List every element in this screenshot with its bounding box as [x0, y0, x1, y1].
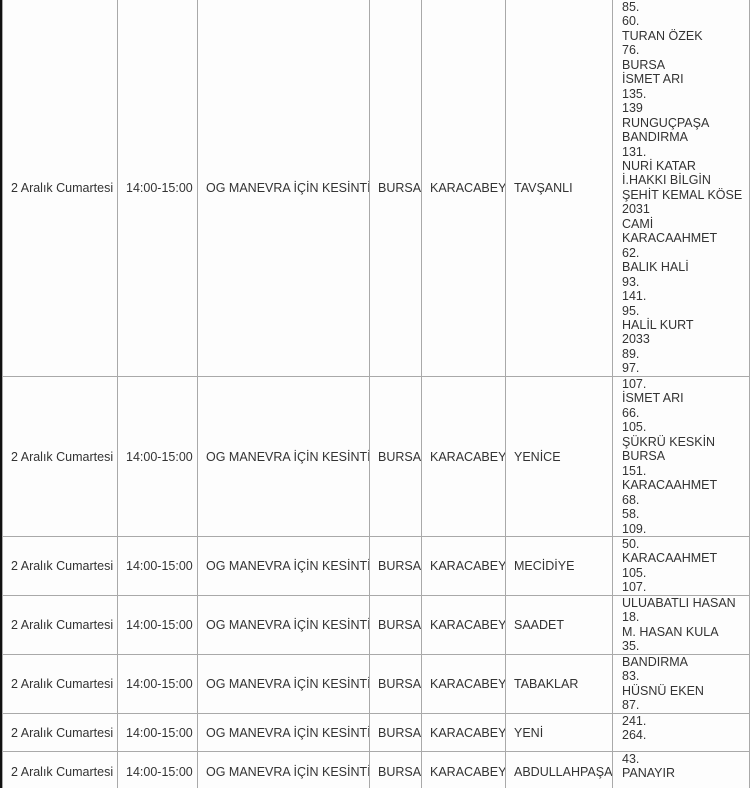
- district-text: KARACABEY: [430, 181, 506, 195]
- city-cell: BURSA: [370, 752, 422, 788]
- street-name: 93.: [622, 275, 749, 289]
- neighborhood-cell: TAVŞANLI: [506, 0, 613, 377]
- table-row: 2 Aralık Cumartesi 14:00-15:00 OG MANEVR…: [3, 0, 750, 377]
- street-name: 131.: [622, 145, 749, 159]
- reason-text: OG MANEVRA İÇİN KESİNTİ: [206, 559, 370, 573]
- district-cell: KARACABEY: [422, 596, 506, 655]
- city-text: BURSA: [378, 726, 421, 740]
- district-text: KARACABEY: [430, 618, 506, 632]
- district-text: KARACABEY: [430, 450, 506, 464]
- district-cell: KARACABEY: [422, 0, 506, 377]
- time-cell: 14:00-15:00: [118, 377, 198, 537]
- neighborhood-cell: ABDULLAHPAŞA: [506, 752, 613, 788]
- street-name: 43.: [622, 752, 749, 766]
- street-name: İSMET ARI: [622, 72, 749, 86]
- street-name: HALİL KURT: [622, 318, 749, 332]
- city-text: BURSA: [378, 677, 421, 691]
- date-text: 2 Aralık Cumartesi: [11, 559, 113, 573]
- street-name: 85.: [622, 0, 749, 14]
- time-text: 14:00-15:00: [126, 765, 193, 779]
- street-name: PANAYIR: [622, 766, 749, 780]
- reason-text: OG MANEVRA İÇİN KESİNTİ: [206, 181, 370, 195]
- neighborhood-cell: MECİDİYE: [506, 537, 613, 596]
- street-name: 50.: [622, 537, 749, 551]
- date-cell: 2 Aralık Cumartesi: [3, 655, 118, 714]
- city-text: BURSA: [378, 450, 421, 464]
- city-text: BURSA: [378, 181, 421, 195]
- outage-table-body: 2 Aralık Cumartesi 14:00-15:00 OG MANEVR…: [3, 0, 750, 788]
- date-cell: 2 Aralık Cumartesi: [3, 377, 118, 537]
- street-name: KARACAAHMET: [622, 231, 749, 245]
- street-name: BANDIRMA: [622, 655, 749, 669]
- street-name: 241.: [622, 714, 749, 728]
- table-row: 2 Aralık Cumartesi 14:00-15:00 OG MANEVR…: [3, 752, 750, 788]
- outage-schedule-table: 2 Aralık Cumartesi 14:00-15:00 OG MANEVR…: [2, 0, 750, 788]
- city-cell: BURSA: [370, 377, 422, 537]
- reason-text: OG MANEVRA İÇİN KESİNTİ: [206, 618, 370, 632]
- table-row: 2 Aralık Cumartesi 14:00-15:00 OG MANEVR…: [3, 537, 750, 596]
- city-cell: BURSA: [370, 0, 422, 377]
- street-name: 87.: [622, 698, 749, 712]
- street-name: 95.: [622, 304, 749, 318]
- street-name: 141.: [622, 289, 749, 303]
- time-text: 14:00-15:00: [126, 559, 193, 573]
- time-cell: 14:00-15:00: [118, 655, 198, 714]
- time-text: 14:00-15:00: [126, 726, 193, 740]
- street-name: 264.: [622, 728, 749, 742]
- street-name: 135.: [622, 87, 749, 101]
- date-text: 2 Aralık Cumartesi: [11, 765, 113, 779]
- time-cell: 14:00-15:00: [118, 0, 198, 377]
- street-name: 35.: [622, 639, 749, 653]
- street-name: TURAN ÖZEK: [622, 29, 749, 43]
- street-name: 105.: [622, 420, 749, 434]
- neighborhood-text: YENİ: [514, 726, 543, 740]
- district-cell: KARACABEY: [422, 537, 506, 596]
- table-row: 2 Aralık Cumartesi 14:00-15:00 OG MANEVR…: [3, 655, 750, 714]
- streets-cell: 50.KARACAAHMET105.107.: [613, 537, 750, 596]
- street-name: 62.: [622, 246, 749, 260]
- reason-cell: OG MANEVRA İÇİN KESİNTİ: [198, 714, 370, 752]
- streets-cell: 43.PANAYIR: [613, 752, 750, 788]
- street-name: 76.: [622, 43, 749, 57]
- city-cell: BURSA: [370, 596, 422, 655]
- street-name: 139: [622, 101, 749, 115]
- date-cell: 2 Aralık Cumartesi: [3, 0, 118, 377]
- street-name: 89.: [622, 347, 749, 361]
- table-row: 2 Aralık Cumartesi 14:00-15:00 OG MANEVR…: [3, 714, 750, 752]
- district-text: KARACABEY: [430, 726, 506, 740]
- district-cell: KARACABEY: [422, 377, 506, 537]
- street-name: HÜSNÜ EKEN: [622, 684, 749, 698]
- street-name: 66.: [622, 406, 749, 420]
- time-cell: 14:00-15:00: [118, 714, 198, 752]
- street-name: 151.: [622, 464, 749, 478]
- street-name: BANDIRMA: [622, 130, 749, 144]
- date-text: 2 Aralık Cumartesi: [11, 450, 113, 464]
- district-cell: KARACABEY: [422, 714, 506, 752]
- neighborhood-cell: TABAKLAR: [506, 655, 613, 714]
- neighborhood-text: ABDULLAHPAŞA: [514, 765, 612, 779]
- street-name: BURSA: [622, 58, 749, 72]
- city-cell: BURSA: [370, 714, 422, 752]
- table-row: 2 Aralık Cumartesi 14:00-15:00 OG MANEVR…: [3, 377, 750, 537]
- neighborhood-text: TABAKLAR: [514, 677, 578, 691]
- street-name: 68.: [622, 493, 749, 507]
- date-cell: 2 Aralık Cumartesi: [3, 714, 118, 752]
- date-cell: 2 Aralık Cumartesi: [3, 537, 118, 596]
- street-name: 109.: [622, 522, 749, 536]
- neighborhood-text: SAADET: [514, 618, 564, 632]
- neighborhood-cell: YENİCE: [506, 377, 613, 537]
- street-name: 58.: [622, 507, 749, 521]
- streets-cell: 241.264.: [613, 714, 750, 752]
- date-text: 2 Aralık Cumartesi: [11, 181, 113, 195]
- street-name: 107.: [622, 580, 749, 594]
- neighborhood-text: TAVŞANLI: [514, 181, 573, 195]
- reason-cell: OG MANEVRA İÇİN KESİNTİ: [198, 377, 370, 537]
- district-text: KARACABEY: [430, 559, 506, 573]
- date-cell: 2 Aralık Cumartesi: [3, 752, 118, 788]
- street-name: NURİ KATAR: [622, 159, 749, 173]
- reason-text: OG MANEVRA İÇİN KESİNTİ: [206, 726, 370, 740]
- reason-cell: OG MANEVRA İÇİN KESİNTİ: [198, 0, 370, 377]
- time-cell: 14:00-15:00: [118, 596, 198, 655]
- time-text: 14:00-15:00: [126, 677, 193, 691]
- reason-cell: OG MANEVRA İÇİN KESİNTİ: [198, 537, 370, 596]
- date-cell: 2 Aralık Cumartesi: [3, 596, 118, 655]
- street-name: 105.: [622, 566, 749, 580]
- street-name: 2033: [622, 332, 749, 346]
- district-text: KARACABEY: [430, 765, 506, 779]
- time-text: 14:00-15:00: [126, 618, 193, 632]
- time-text: 14:00-15:00: [126, 181, 193, 195]
- street-name: İ.HAKKI BİLGİN: [622, 173, 749, 187]
- street-name: ULUABATLI HASAN: [622, 596, 749, 610]
- city-cell: BURSA: [370, 537, 422, 596]
- street-name: 60.: [622, 14, 749, 28]
- street-name: 2031: [622, 202, 749, 216]
- city-text: BURSA: [378, 618, 421, 632]
- date-text: 2 Aralık Cumartesi: [11, 618, 113, 632]
- street-name: RUNGUÇPAŞA: [622, 116, 749, 130]
- reason-cell: OG MANEVRA İÇİN KESİNTİ: [198, 655, 370, 714]
- street-name: BURSA: [622, 449, 749, 463]
- street-name: 83.: [622, 669, 749, 683]
- time-cell: 14:00-15:00: [118, 537, 198, 596]
- time-text: 14:00-15:00: [126, 450, 193, 464]
- streets-cell: ULUABATLI HASAN18.M. HASAN KULA35.: [613, 596, 750, 655]
- outage-table-frame: 2 Aralık Cumartesi 14:00-15:00 OG MANEVR…: [0, 0, 750, 788]
- district-cell: KARACABEY: [422, 655, 506, 714]
- street-name: 97.: [622, 361, 749, 375]
- street-name: İSMET ARI: [622, 391, 749, 405]
- streets-cell: 107.İSMET ARI66.105.ŞÜKRÜ KESKİNBURSA151…: [613, 377, 750, 537]
- date-text: 2 Aralık Cumartesi: [11, 677, 113, 691]
- reason-text: OG MANEVRA İÇİN KESİNTİ: [206, 450, 370, 464]
- street-name: KARACAAHMET: [622, 478, 749, 492]
- district-cell: KARACABEY: [422, 752, 506, 788]
- neighborhood-text: YENİCE: [514, 450, 561, 464]
- time-cell: 14:00-15:00: [118, 752, 198, 788]
- table-row: 2 Aralık Cumartesi 14:00-15:00 OG MANEVR…: [3, 596, 750, 655]
- city-text: BURSA: [378, 559, 421, 573]
- streets-cell: BANDIRMA83.HÜSNÜ EKEN87.: [613, 655, 750, 714]
- city-cell: BURSA: [370, 655, 422, 714]
- street-name: CAMİ: [622, 217, 749, 231]
- district-text: KARACABEY: [430, 677, 506, 691]
- neighborhood-text: MECİDİYE: [514, 559, 574, 573]
- city-text: BURSA: [378, 765, 421, 779]
- reason-cell: OG MANEVRA İÇİN KESİNTİ: [198, 752, 370, 788]
- street-name: BALIK HALİ: [622, 260, 749, 274]
- neighborhood-cell: SAADET: [506, 596, 613, 655]
- reason-text: OG MANEVRA İÇİN KESİNTİ: [206, 677, 370, 691]
- street-name: ŞEHİT KEMAL KÖSE: [622, 188, 749, 202]
- reason-cell: OG MANEVRA İÇİN KESİNTİ: [198, 596, 370, 655]
- street-name: KARACAAHMET: [622, 551, 749, 565]
- reason-text: OG MANEVRA İÇİN KESİNTİ: [206, 765, 370, 779]
- street-name: 107.: [622, 377, 749, 391]
- street-name: M. HASAN KULA: [622, 625, 749, 639]
- date-text: 2 Aralık Cumartesi: [11, 726, 113, 740]
- street-name: ŞÜKRÜ KESKİN: [622, 435, 749, 449]
- street-name: 18.: [622, 610, 749, 624]
- neighborhood-cell: YENİ: [506, 714, 613, 752]
- streets-cell: 85.60.TURAN ÖZEK76.BURSAİSMET ARI135.139…: [613, 0, 750, 377]
